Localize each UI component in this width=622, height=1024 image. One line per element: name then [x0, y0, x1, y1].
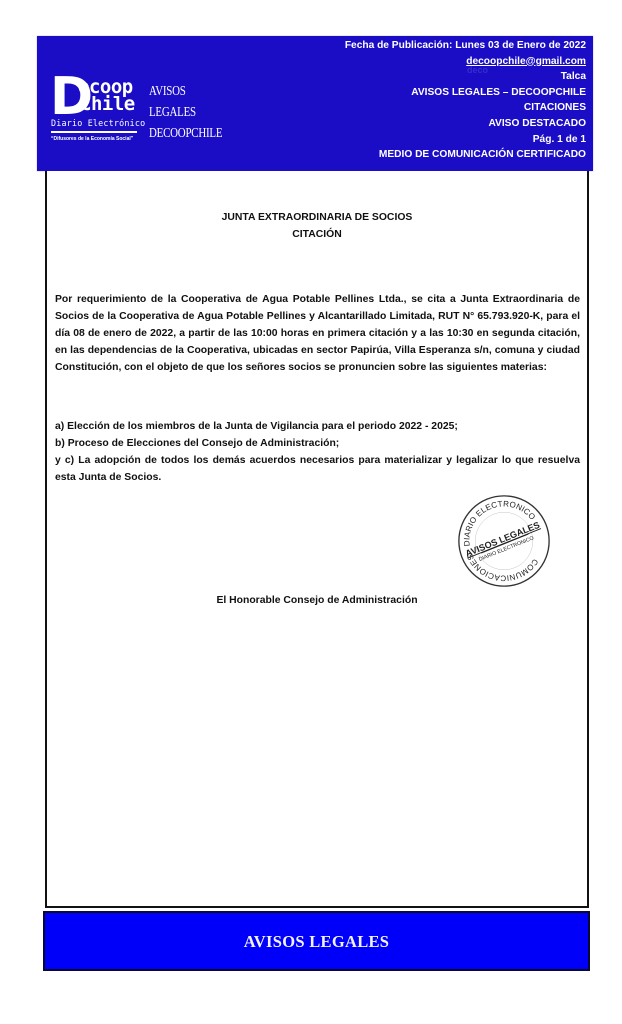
publication-date: Fecha de Publicación: Lunes 03 de Enero … [345, 38, 586, 54]
logo-divider [51, 131, 137, 133]
decoopchile-logo: D ecoop Chile Diario Electrónico “Difuso… [50, 74, 140, 152]
city: Talca [345, 69, 586, 85]
notice-title: JUNTA EXTRAORDINARIA DE SOCIOS CITACIÓN [47, 209, 587, 243]
certification: MEDIO DE COMUNICACIÓN CERTIFICADO [345, 147, 586, 163]
notice-body: Por requerimiento de la Cooperativa de A… [55, 291, 580, 376]
section-name: AVISOS LEGALES – DECOOPCHILE [345, 85, 586, 101]
logo-line-2: Chile [80, 95, 135, 114]
section-title-line: LEGALES [149, 102, 222, 123]
category: CITACIONES [345, 100, 586, 116]
agenda-item: a) Elección de los miembros de la Junta … [55, 418, 580, 435]
notice-title-line-1: JUNTA EXTRAORDINARIA DE SOCIOS [47, 209, 587, 226]
notice-title-line-2: CITACIÓN [47, 226, 587, 243]
publication-info: Fecha de Publicación: Lunes 03 de Enero … [345, 38, 586, 163]
logo-tagline: “Difusores de la Economía Social” [51, 136, 133, 142]
section-title-stack: AVISOS LEGALES DECOOPCHILE [149, 81, 222, 144]
signature: El Honorable Consejo de Administración [47, 595, 587, 606]
footer-banner: AVISOS LEGALES [43, 911, 590, 971]
agenda-list: a) Elección de los miembros de la Junta … [55, 418, 580, 486]
header-banner: D ecoop Chile Diario Electrónico “Difuso… [37, 36, 593, 171]
section-title-line: AVISOS [149, 81, 222, 102]
email-link[interactable]: decoopchile@gmail.com [345, 54, 586, 70]
page-indicator: Pág. 1 de 1 [345, 132, 586, 148]
footer-label: AVISOS LEGALES [45, 932, 588, 952]
agenda-item: b) Proceso de Elecciones del Consejo de … [55, 435, 580, 452]
notice-content-box: JUNTA EXTRAORDINARIA DE SOCIOS CITACIÓN … [45, 171, 589, 908]
section-title-line: DECOOPCHILE [149, 123, 222, 144]
certification-stamp-icon: COMUNICACIONES - DIARIO ELECTRONICO AVIS… [456, 493, 552, 589]
logo-subtitle: Diario Electrónico [51, 118, 145, 128]
agenda-item: y c) La adopción de todos los demás acue… [55, 452, 580, 486]
notice-type: AVISO DESTACADO [345, 116, 586, 132]
